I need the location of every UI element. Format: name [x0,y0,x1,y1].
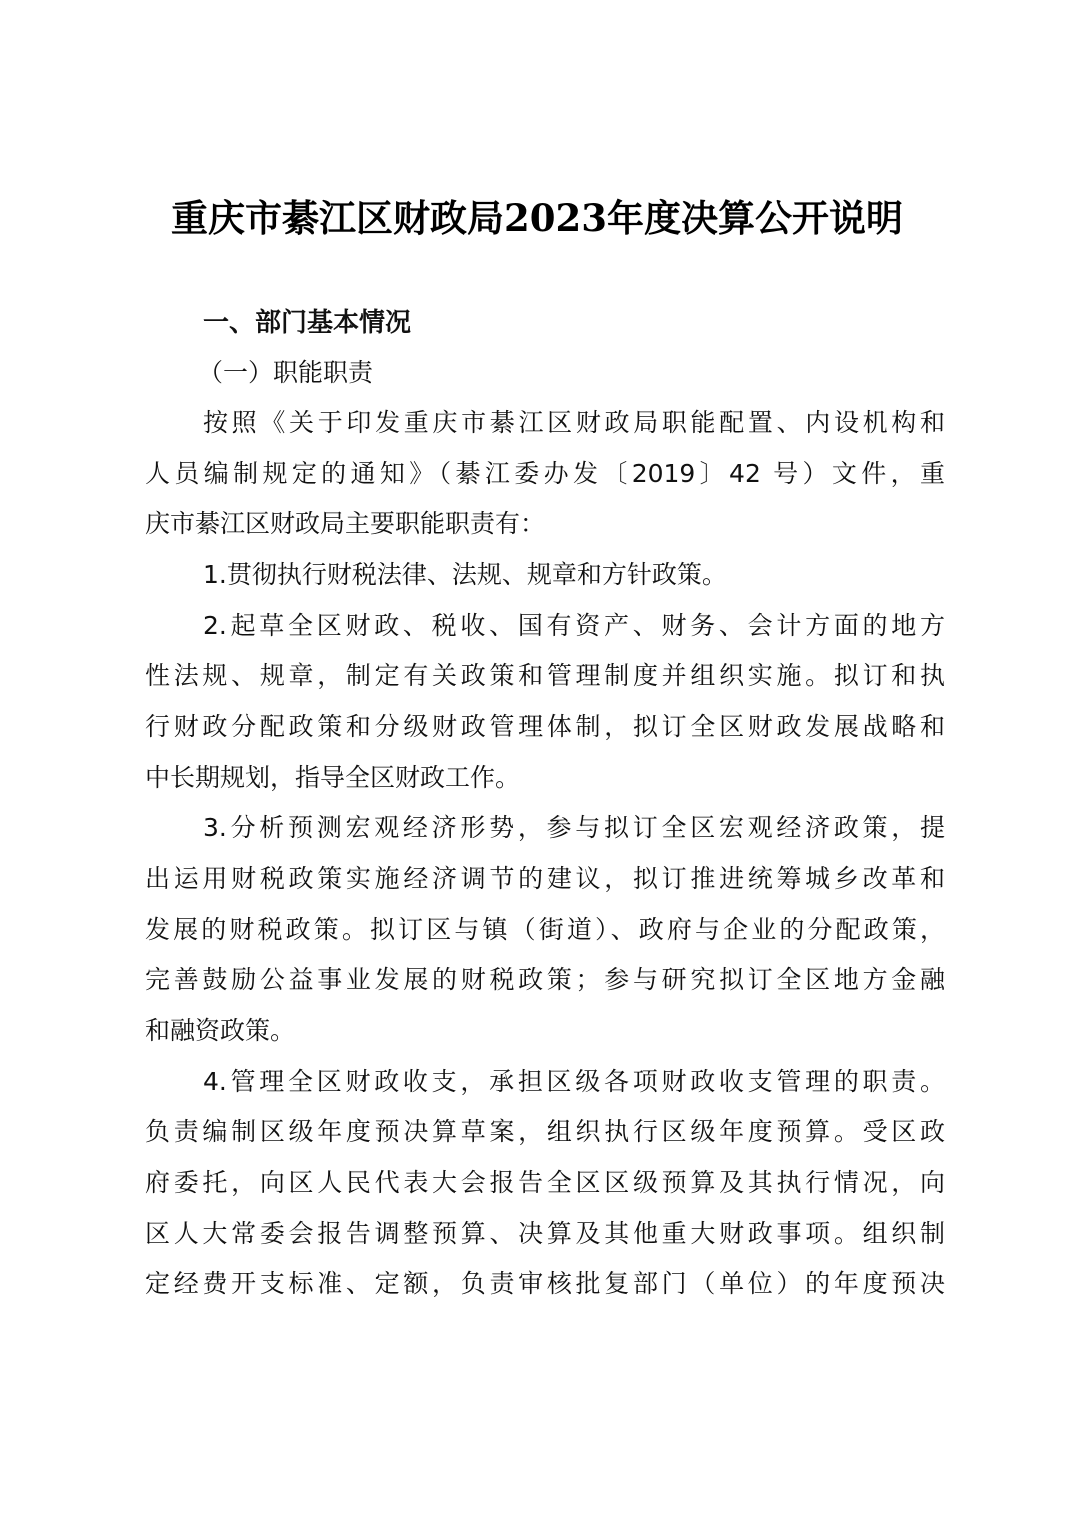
paragraph-line: 性法规、规章，制定有关政策和管理制度并组织实施。拟订和执 [145,658,945,694]
paragraph-line: 完善鼓励公益事业发展的财税政策；参与研究拟订全区地方金融 [145,962,945,998]
paragraph-line: 发展的财税政策。拟订区与镇（街道）、政府与企业的分配政策， [145,912,945,948]
paragraph-line: 行财政分配政策和分级财政管理体制，拟订全区财政发展战略和 [145,709,945,745]
paragraph-line: 出运用财税政策实施经济调节的建议，拟订推进统筹城乡改革和 [145,861,945,897]
paragraph-line: 中长期规划，指导全区财政工作。 [145,760,945,796]
paragraph-line: 4.管理全区财政收支，承担区级各项财政收支管理的职责。 [203,1064,945,1100]
document-title: 重庆市綦江区财政局2023年度决算公开说明 [0,188,1074,242]
paragraph-line: 3.分析预测宏观经济形势，参与拟订全区宏观经济政策，提 [203,810,945,846]
document-page: 重庆市綦江区财政局2023年度决算公开说明 一、部门基本情况 （一）职能职责 按… [0,0,1074,1520]
section-heading: 一、部门基本情况 [203,304,945,340]
paragraph-line: 庆市綦江区财政局主要职能职责有： [145,506,945,542]
paragraph-line: 1.贯彻执行财税法律、法规、规章和方针政策。 [203,557,945,593]
paragraph-line: 负责编制区级年度预决算草案，组织执行区级年度预算。受区政 [145,1114,945,1150]
paragraph-line: 府委托，向区人民代表大会报告全区区级预算及其执行情况，向 [145,1165,945,1201]
paragraph-line: 2.起草全区财政、税收、国有资产、财务、会计方面的地方 [203,608,945,644]
paragraph-line: 人员编制规定的通知》（綦江委办发〔2019〕42 号）文件，重 [145,456,945,492]
subsection-heading: （一）职能职责 [198,355,940,391]
paragraph-line: 区人大常委会报告调整预算、决算及其他重大财政事项。组织制 [145,1216,945,1252]
paragraph-line: 定经费开支标准、定额，负责审核批复部门（单位）的年度预决 [145,1266,945,1302]
paragraph-line: 和融资政策。 [145,1013,945,1049]
paragraph-line: 按照《关于印发重庆市綦江区财政局职能配置、内设机构和 [203,405,945,441]
